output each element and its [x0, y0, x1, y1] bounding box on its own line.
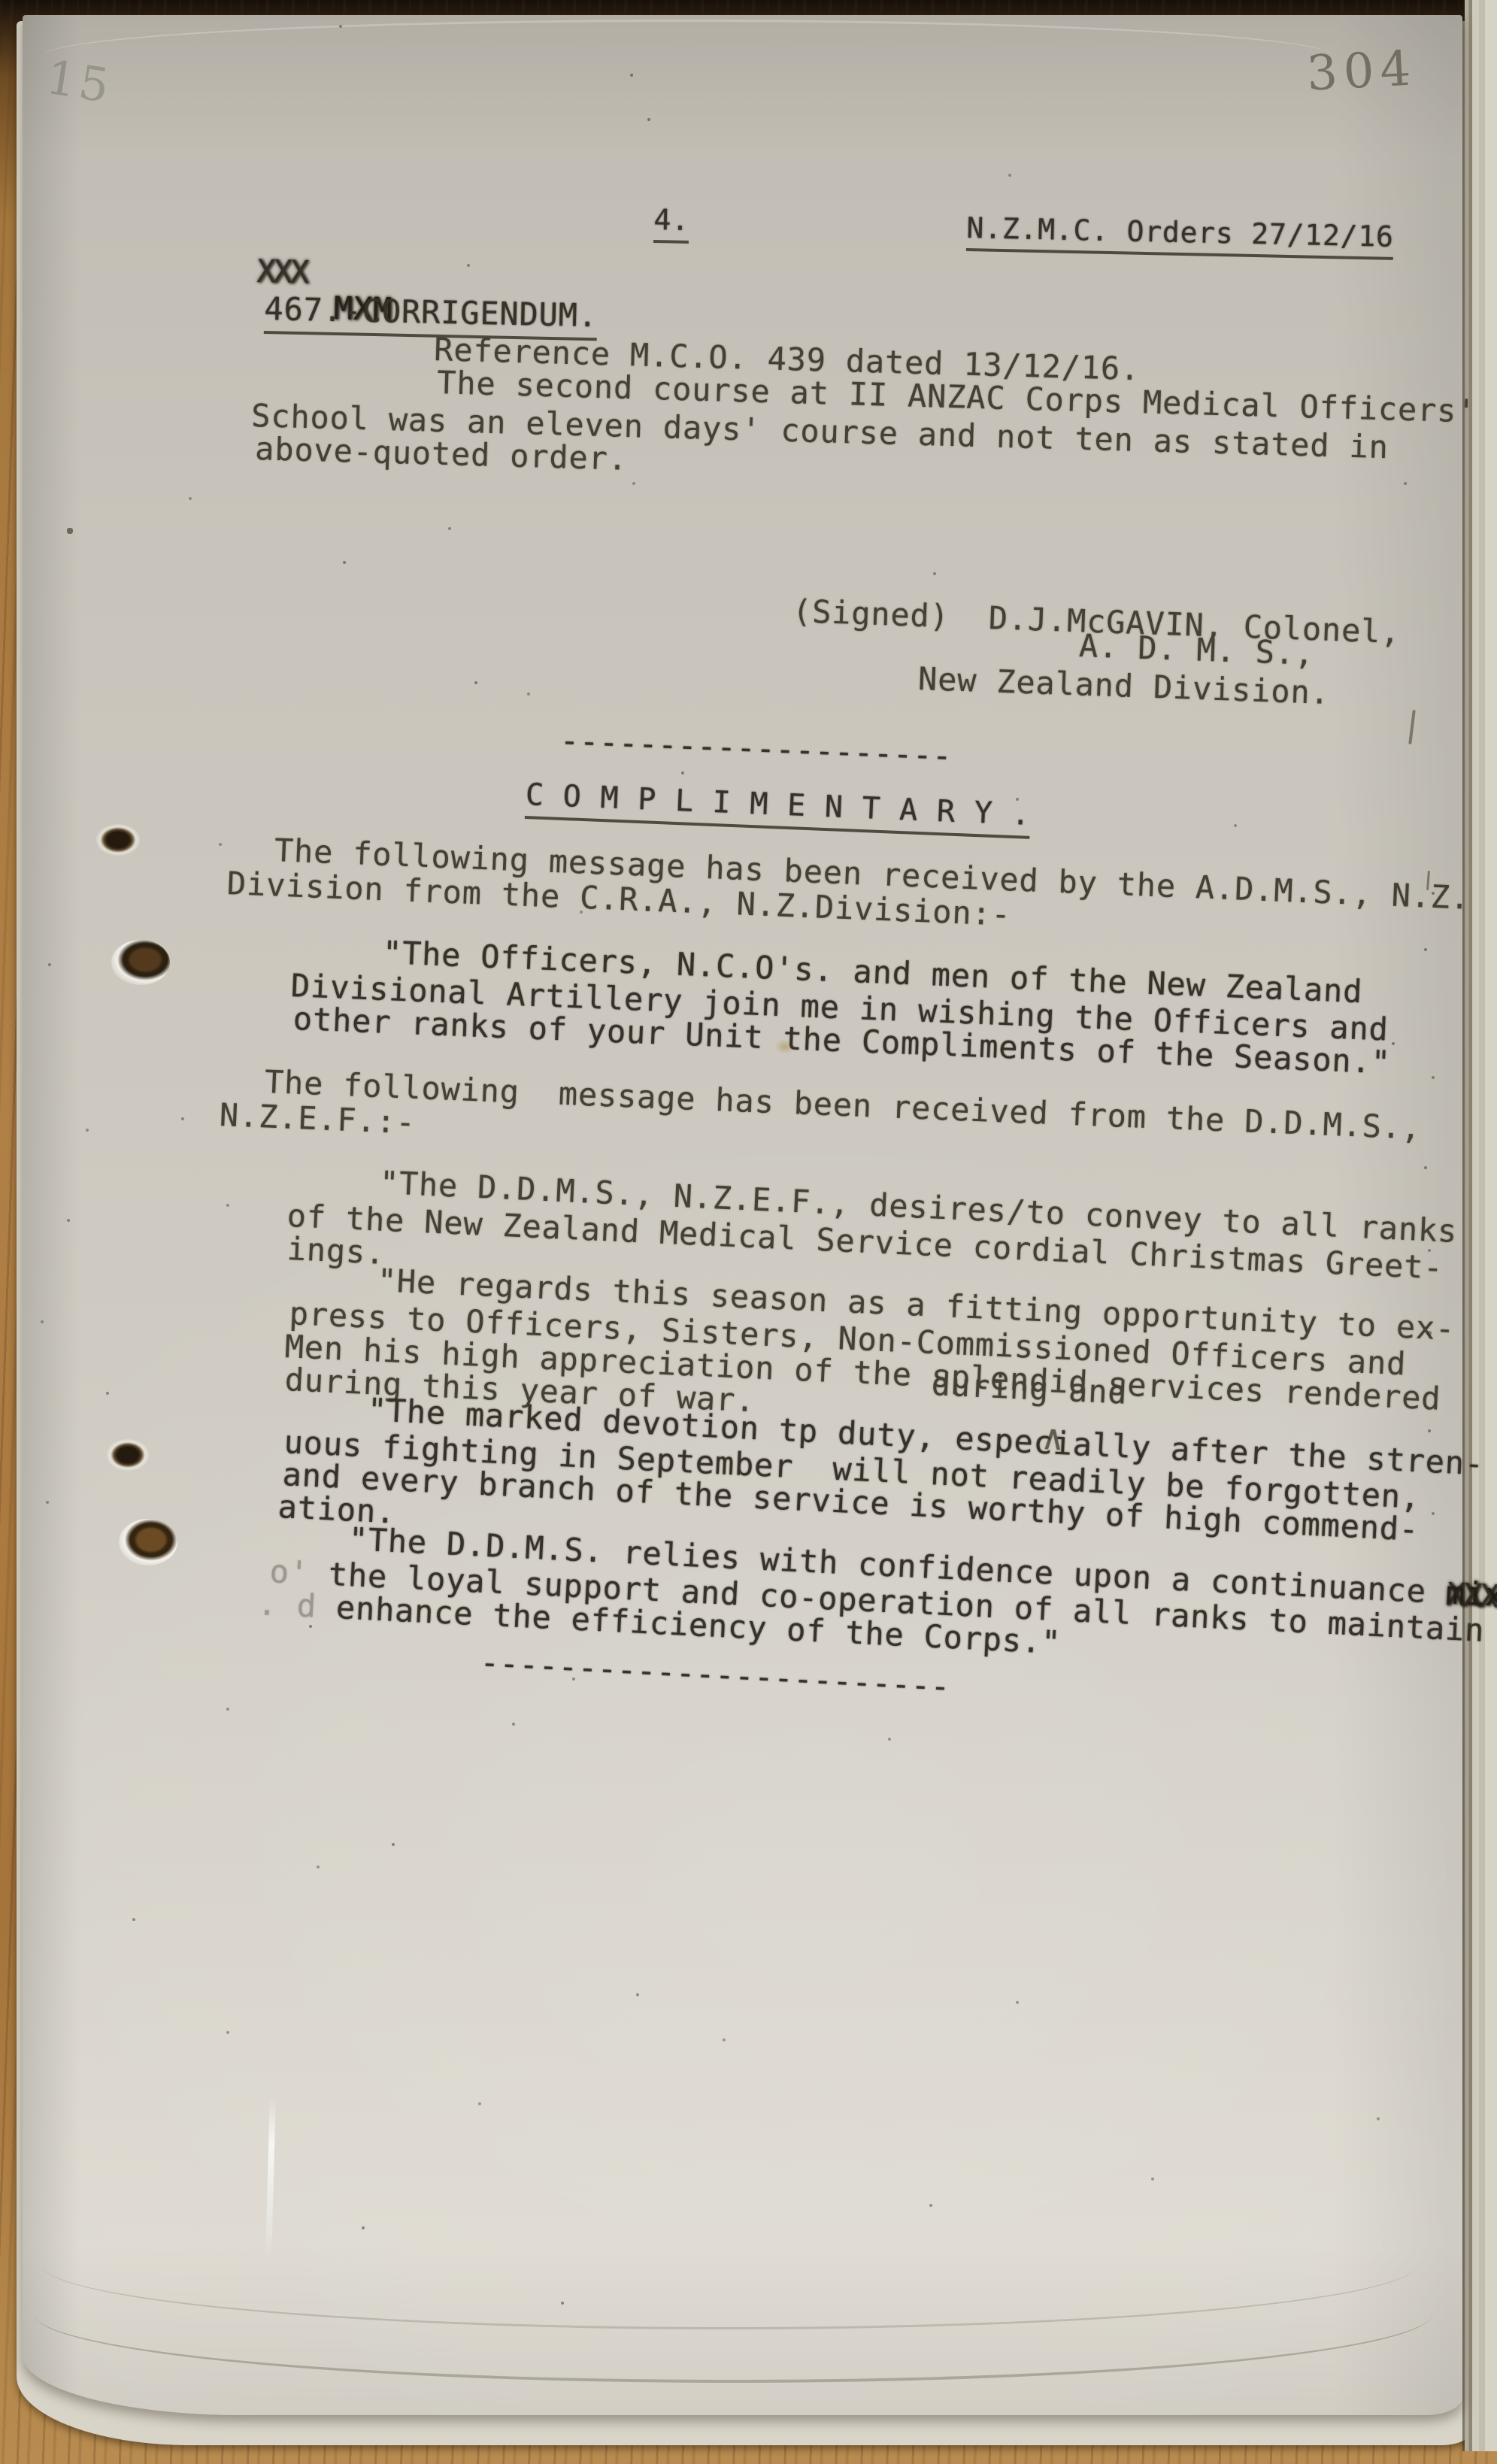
overstrike-marks: XXX: [1446, 1575, 1497, 1614]
page-number: 4.: [653, 203, 689, 244]
overstruck-text: mixXXX: [1445, 1574, 1497, 1614]
pencil-margin-number: 15: [43, 50, 116, 114]
punch-hole: [96, 824, 140, 856]
scanned-document-photo: 304 15 4. N.Z.M.C. Orders 27/12/16 MXM X…: [0, 0, 1497, 2464]
ink-specks: [0, 0, 2, 2]
punch-hole: [119, 1519, 177, 1565]
overstrike-marks: XXX: [256, 253, 308, 290]
page-stack-edge: [1462, 0, 1497, 2451]
corrigendum-heading: 467.-CORRIGENDUM.: [264, 290, 598, 341]
punch-hole: [111, 940, 170, 985]
faded-lead-characters: . d: [257, 1585, 338, 1626]
page-curl-shadow: [34, 2244, 1432, 2383]
message-line: ings.: [286, 1230, 386, 1271]
intro-line: N.Z.E.F.:-: [219, 1096, 417, 1141]
punch-hole: [107, 1439, 149, 1471]
page-top-curl-highlight: [41, 20, 1335, 93]
pencil-folio-number: 304: [1305, 41, 1418, 102]
insertion-caret-mark: ∧: [1041, 1417, 1065, 1458]
